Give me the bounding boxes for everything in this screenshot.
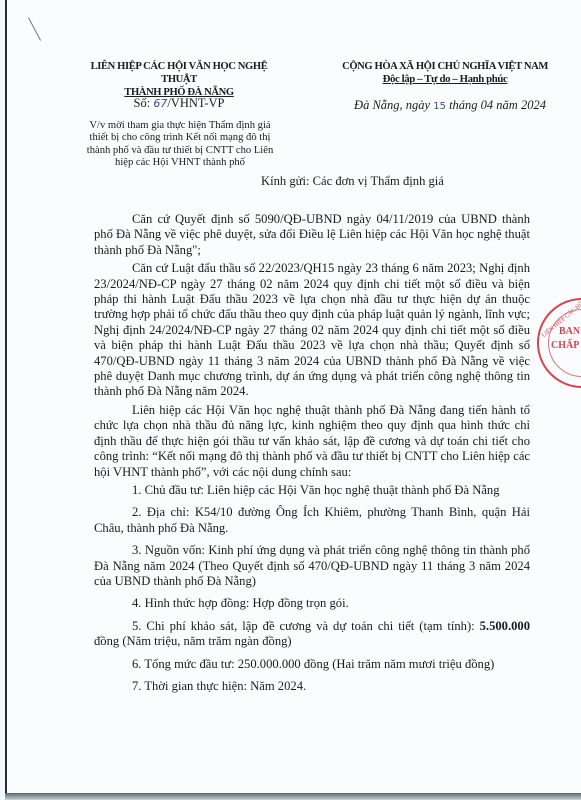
issuing-organization: LIÊN HIỆP CÁC HỘI VĂN HỌC NGHỆ THUẬT THÀ…: [79, 60, 279, 99]
paragraph-invitation: Liên hiệp các Hội Văn học nghệ thuật thà…: [94, 403, 530, 480]
list-item-contract-type: 4. Hình thức hợp đồng: Hợp đồng trọn gói…: [94, 596, 530, 611]
cost-amount: 5.500.000: [480, 619, 530, 633]
date-suffix: tháng 04 năm 2024: [446, 98, 546, 112]
subject-line: V/v mời tham gia thực hiện Thẩm định giá…: [85, 120, 275, 169]
doc-number-handwritten: 67: [153, 97, 167, 110]
official-seal-stamp: LIÊN HIỆP CÁC HỘI VĂN HỌC - BAN CHẤP H: [537, 298, 581, 388]
date-day-handwritten: 15: [433, 101, 446, 112]
paragraph-legal-basis-1: Căn cứ Quyết định số 5090/QĐ-UBND ngày 0…: [94, 212, 530, 258]
stamp-line1: BAN: [559, 326, 580, 337]
list-item-total-investment: 6. Tổng mức đầu tư: 250.000.000 đồng (Ha…: [94, 657, 530, 672]
pen-mark: [28, 17, 41, 40]
letter-body: Căn cứ Quyết định số 5090/QĐ-UBND ngày 0…: [94, 212, 530, 701]
cost-in-words: đồng (Năm triệu, năm trăm ngàn đồng): [94, 634, 292, 648]
paragraph-legal-basis-2: Căn cứ Luật đấu thầu số 22/2023/QH15 ngà…: [94, 261, 530, 400]
list-item-investor: 1. Chủ đầu tư: Liên hiệp các Hội Văn học…: [94, 483, 530, 498]
stamp-line2: CHẤP H: [551, 340, 581, 351]
scan-bottom-edge: [5, 793, 581, 800]
national-heading: CỘNG HÒA XÃ HỘI CHỦ NGHĨA VIỆT NAM Độc l…: [325, 60, 565, 86]
nation-motto: Độc lập – Tự do – Hạnh phúc: [325, 73, 565, 86]
scanned-page: LIÊN HIỆP CÁC HỘI VĂN HỌC NGHỆ THUẬT THÀ…: [5, 0, 581, 794]
place-and-date: Đà Nẵng, ngày 15 tháng 04 năm 2024: [325, 98, 575, 113]
doc-number-prefix: Số:: [134, 96, 154, 110]
cost-label: 5. Chi phí khảo sát, lập đề cương và dự …: [132, 619, 480, 633]
list-item-address: 2. Địa chỉ: K54/10 đường Ông Ích Khiêm, …: [94, 505, 530, 536]
organization-line1: LIÊN HIỆP CÁC HỘI VĂN HỌC NGHỆ THUẬT: [79, 60, 279, 86]
list-item-timeline: 7. Thời gian thực hiện: Năm 2024.: [94, 679, 530, 694]
doc-number-suffix: /VHNT-VP: [167, 96, 224, 110]
list-item-cost: 5. Chi phí khảo sát, lập đề cương và dự …: [94, 619, 530, 650]
document-number: Số: 67/VHNT-VP: [79, 96, 279, 111]
date-prefix: Đà Nẵng, ngày: [354, 98, 433, 112]
nation-name: CỘNG HÒA XÃ HỘI CHỦ NGHĨA VIỆT NAM: [325, 60, 565, 73]
recipient-line: Kính gửi: Các đơn vị Thẩm định giá: [261, 174, 444, 189]
list-item-funding: 3. Nguồn vốn: Kinh phí ứng dụng và phát …: [94, 543, 530, 589]
